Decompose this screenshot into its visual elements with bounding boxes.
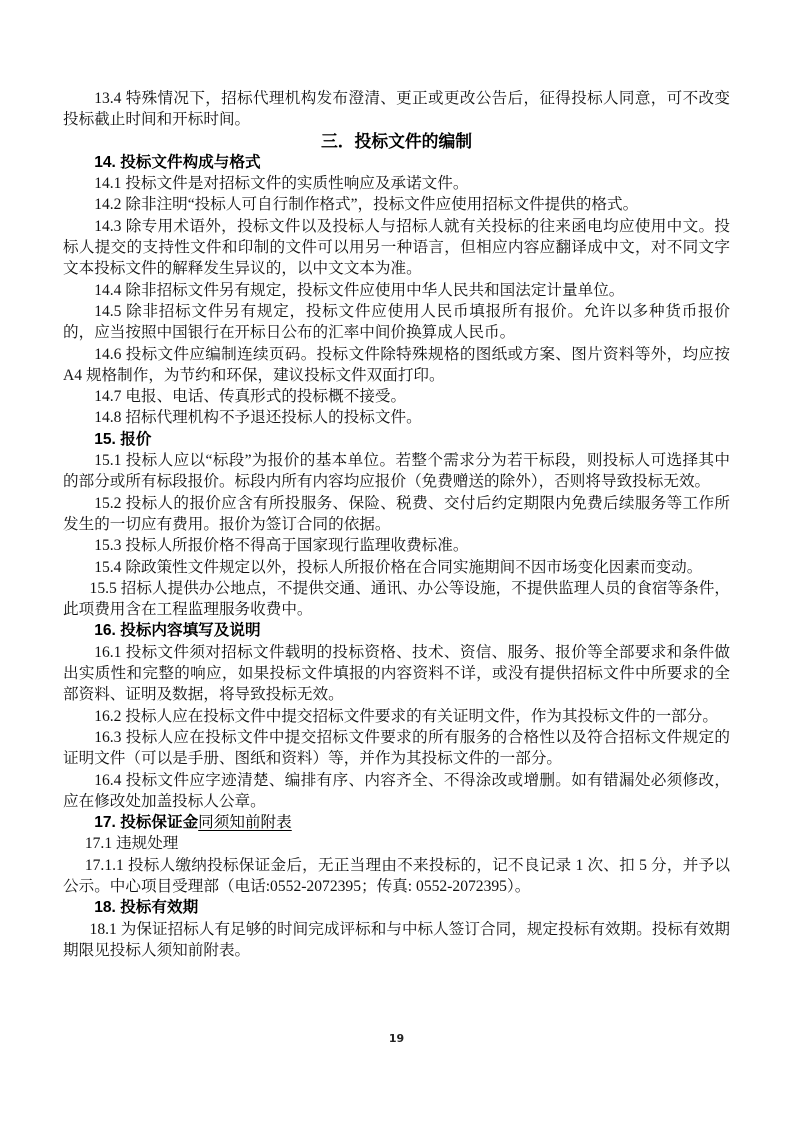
clause-14-2: 14.2 除非注明“投标人可自行制作格式”，投标文件应使用招标文件提供的格式。 xyxy=(63,194,730,215)
clause-13-4: 13.4 特殊情况下，招标代理机构发布澄清、更正或更改公告后，征得投标人同意，可… xyxy=(63,88,730,131)
clause-15-3: 15.3 投标人所报价格不得高于国家现行监理收费标准。 xyxy=(63,535,730,556)
clause-16-1: 16.1 投标文件须对招标文件载明的投标资格、技术、资信、服务、报价等全部要求和… xyxy=(63,642,730,706)
clause-14-8: 14.8 招标代理机构不予退还投标人的投标文件。 xyxy=(63,407,730,428)
document-page: 13.4 特殊情况下，招标代理机构发布澄清、更正或更改公告后，征得投标人同意，可… xyxy=(0,0,793,1123)
clause-heading-14: 14. 投标文件构成与格式 xyxy=(63,152,730,173)
clause-heading-16: 16. 投标内容填写及说明 xyxy=(63,620,730,641)
clause-17-1-1: 17.1.1 投标人缴纳投标保证金后，无正当理由不来投标的，记不良记录 1 次、… xyxy=(63,855,730,898)
heading-17-title: 17. 投标保证金 xyxy=(94,814,198,831)
heading-17-annex-reference: 同须知前附表 xyxy=(198,814,292,831)
clause-16-2: 16.2 投标人应在投标文件中提交招标文件要求的有关证明文件，作为其投标文件的一… xyxy=(63,706,730,727)
clause-16-4: 16.4 投标文件应字迹清楚、编排有序、内容齐全、不得涂改或增删。如有错漏处必须… xyxy=(63,770,730,813)
clause-heading-18: 18. 投标有效期 xyxy=(63,897,730,918)
page-number: 19 xyxy=(0,1032,793,1045)
clause-15-1: 15.1 投标人应以“标段”为报价的基本单位。若整个需求分为若干标段，则投标人可… xyxy=(63,450,730,493)
clause-14-6: 14.6 投标文件应编制连续页码。投标文件除特殊规格的图纸或方案、图片资料等外，… xyxy=(63,344,730,387)
clause-14-4: 14.4 除非招标文件另有规定，投标文件应使用中华人民共和国法定计量单位。 xyxy=(63,280,730,301)
document-content: 13.4 特殊情况下，招标代理机构发布澄清、更正或更改公告后，征得投标人同意，可… xyxy=(63,88,730,961)
clause-14-5: 14.5 除非招标文件另有规定，投标文件应使用人民币填报所有报价。允许以多种货币… xyxy=(63,301,730,344)
chapter-heading-3: 三．投标文件的编制 xyxy=(63,131,730,152)
clause-heading-17: 17. 投标保证金同须知前附表 xyxy=(63,812,730,833)
clause-heading-15: 15. 报价 xyxy=(63,429,730,450)
clause-16-3: 16.3 投标人应在投标文件中提交招标文件要求的所有服务的合格性以及符合招标文件… xyxy=(63,727,730,770)
clause-14-3: 14.3 除专用术语外，投标文件以及投标人与招标人就有关投标的往来函电均应使用中… xyxy=(63,216,730,280)
clause-14-7: 14.7 电报、电话、传真形式的投标概不接受。 xyxy=(63,386,730,407)
clause-14-1: 14.1 投标文件是对招标文件的实质性响应及承诺文件。 xyxy=(63,173,730,194)
clause-18-1: 18.1 为保证招标人有足够的时间完成评标和与中标人签订合同，规定投标有效期。投… xyxy=(63,919,730,962)
clause-17-1: 17.1 违规处理 xyxy=(63,833,730,854)
clause-15-2: 15.2 投标人的报价应含有所投服务、保险、税费、交付后约定期限内免费后续服务等… xyxy=(63,493,730,536)
clause-15-4: 15.4 除政策性文件规定以外，投标人所报价格在合同实施期间不因市场变化因素而变… xyxy=(63,557,730,578)
clause-15-5: 15.5 招标人提供办公地点，不提供交通、通讯、办公等设施，不提供监理人员的食宿… xyxy=(63,578,730,621)
